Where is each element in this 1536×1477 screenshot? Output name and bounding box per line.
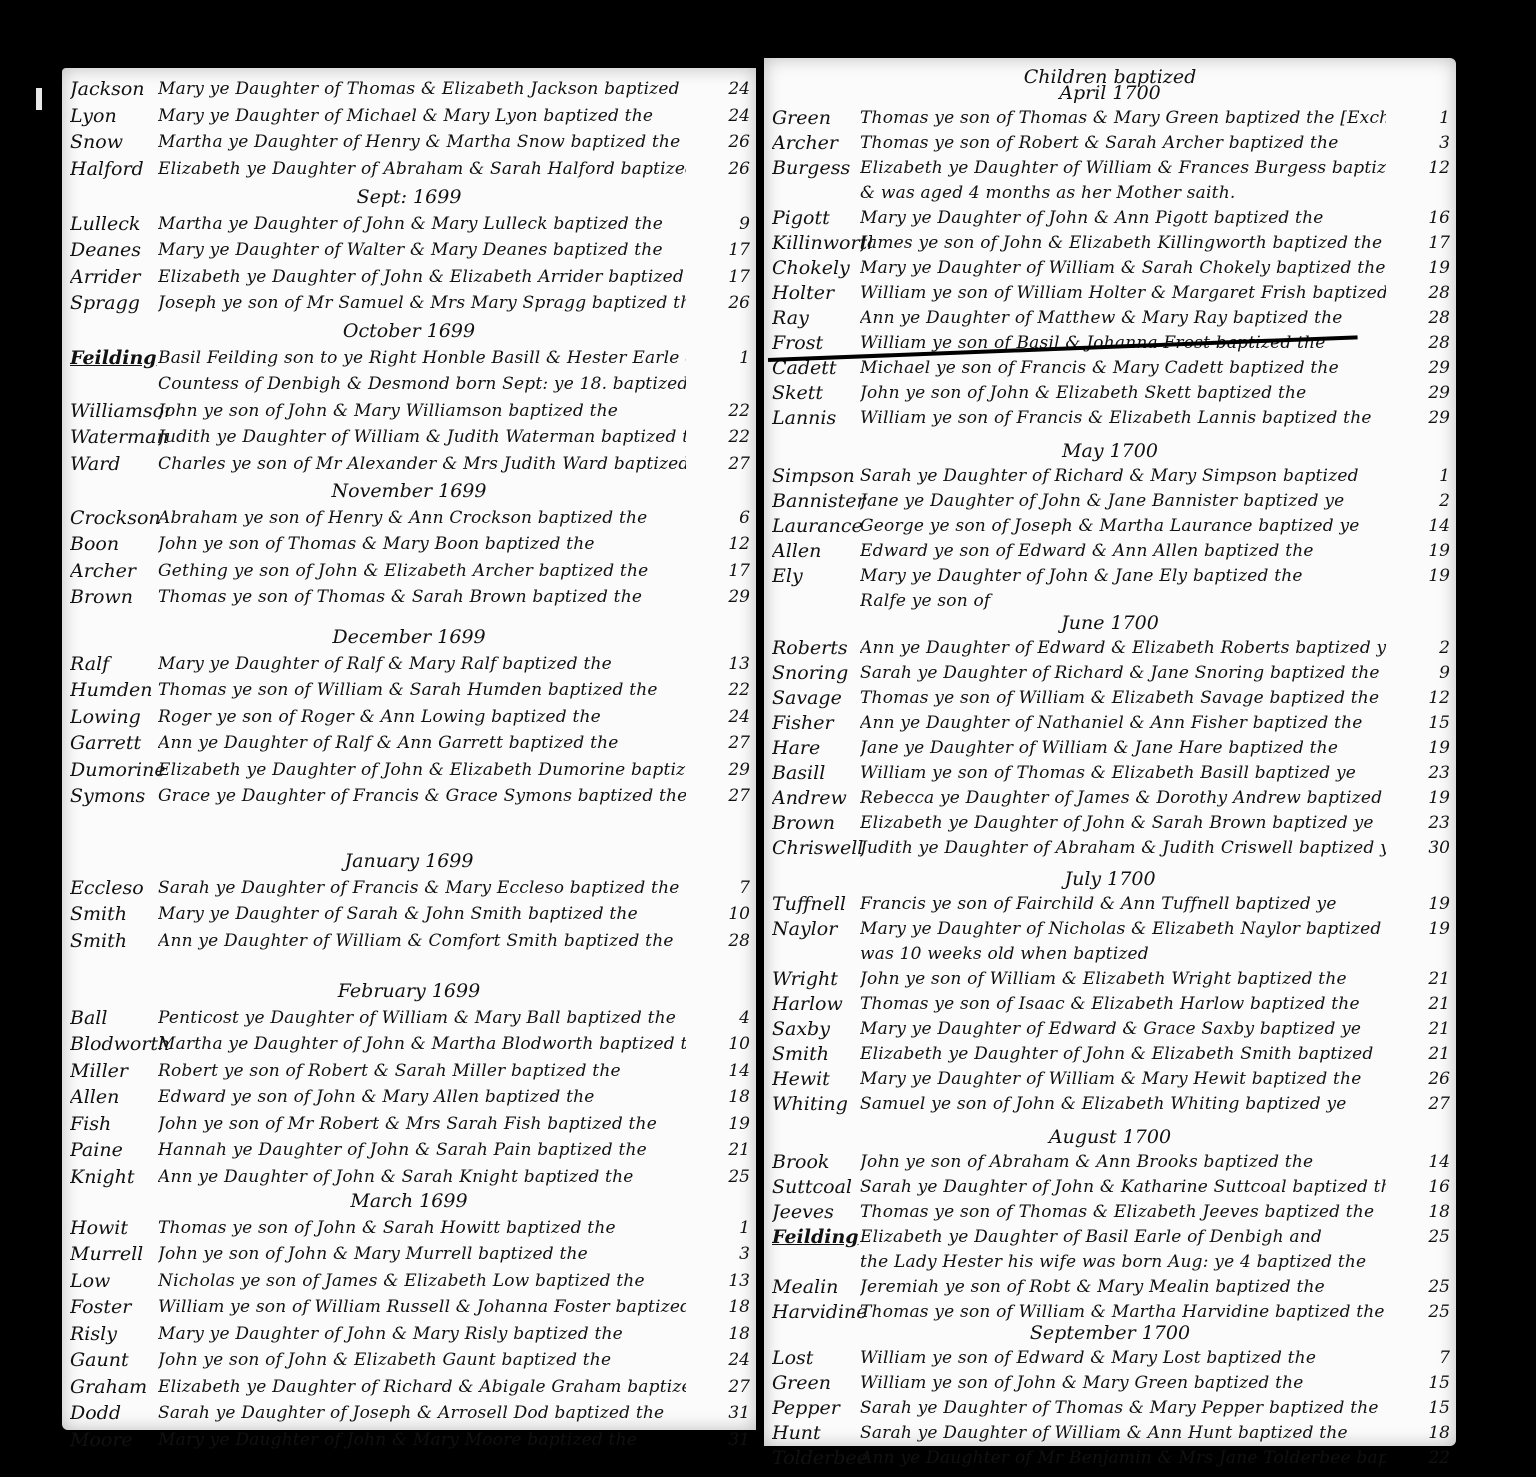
entry-text: Mary ye Daughter of William & Sarah Chok… — [860, 255, 1386, 281]
register-entry: KillinworthJames ye son of John & Elizab… — [764, 230, 1456, 256]
month-heading: August 1700 — [764, 1124, 1456, 1150]
entry-day: 10 — [710, 1031, 750, 1057]
entry-text: Edward ye son of John & Mary Allen bapti… — [158, 1084, 686, 1110]
register-entry: LowNicholas ye son of James & Elizabeth … — [62, 1268, 756, 1294]
entry-day: 29 — [1410, 380, 1450, 406]
register-entry: BallPenticost ye Daughter of William & M… — [62, 1005, 756, 1031]
entry-day: 29 — [710, 584, 750, 610]
entry-day: 7 — [1410, 1345, 1450, 1371]
month-heading: November 1699 — [62, 478, 756, 504]
entry-day: 28 — [1410, 305, 1450, 331]
entry-day: 18 — [1410, 1420, 1450, 1446]
entry-surname: Hewit — [772, 1066, 872, 1092]
entry-day: 3 — [1410, 130, 1450, 156]
entry-surname: Ralf — [70, 651, 170, 677]
entry-surname: Ely — [772, 563, 872, 589]
entry-surname: Moore — [70, 1427, 170, 1453]
entry-day: 19 — [710, 1111, 750, 1137]
entry-surname: Halford — [70, 156, 170, 182]
entry-surname: Basill — [772, 760, 872, 786]
entry-surname: Foster — [70, 1294, 170, 1320]
register-entry: SmithElizabeth ye Daughter of John & Eli… — [764, 1041, 1456, 1067]
entry-text: John ye son of Thomas & Mary Boon baptiz… — [158, 531, 686, 557]
register-entry: RobertsAnn ye Daughter of Edward & Eliza… — [764, 635, 1456, 661]
entry-surname: Deanes — [70, 237, 170, 263]
entry-day: 27 — [710, 783, 750, 809]
entry-text: Mary ye Daughter of William & Mary Hewit… — [860, 1066, 1386, 1092]
entry-surname: Ball — [70, 1005, 170, 1031]
entry-text: & was aged 4 months as her Mother saith. — [860, 180, 1386, 206]
entry-surname: Andrew — [772, 785, 872, 811]
entry-surname: Archer — [772, 130, 872, 156]
entry-surname: Wright — [772, 966, 872, 992]
entry-surname: Spragg — [70, 290, 170, 316]
entry-text: Elizabeth ye Daughter of Richard & Abiga… — [158, 1374, 686, 1400]
register-entry: SimpsonSarah ye Daughter of Richard & Ma… — [764, 463, 1456, 489]
entry-text: Elizabeth ye Daughter of John & Elizabet… — [860, 1041, 1386, 1067]
entry-surname: Brown — [70, 584, 170, 610]
register-entry: AndrewRebecca ye Daughter of James & Dor… — [764, 785, 1456, 811]
register-entry: FishJohn ye son of Mr Robert & Mrs Sarah… — [62, 1111, 756, 1137]
entry-text: Elizabeth ye Daughter of Abraham & Sarah… — [158, 156, 686, 182]
entry-text: William ye son of Edward & Mary Lost bap… — [860, 1345, 1386, 1371]
entry-surname: Holter — [772, 280, 872, 306]
entry-surname: Tolderbee — [772, 1445, 872, 1471]
entry-text: John ye son of William & Elizabeth Wrigh… — [860, 966, 1386, 992]
entry-surname: Savage — [772, 685, 872, 711]
entry-day: 28 — [1410, 330, 1450, 356]
entry-day: 18 — [710, 1294, 750, 1320]
entry-text: Edward ye son of Edward & Ann Allen bapt… — [860, 538, 1386, 564]
entry-text: Thomas ye son of Thomas & Sarah Brown ba… — [158, 584, 686, 610]
entry-text: Ann ye Daughter of Edward & Elizabeth Ro… — [860, 635, 1386, 661]
entry-surname: Garrett — [70, 730, 170, 756]
entry-day: 14 — [1410, 513, 1450, 539]
entry-text: Thomas ye son of Isaac & Elizabeth Harlo… — [860, 991, 1386, 1017]
entry-text: Jane ye Daughter of William & Jane Hare … — [860, 735, 1386, 761]
entry-surname: Arrider — [70, 264, 170, 290]
entry-day: 26 — [710, 129, 750, 155]
register-entry: JacksonMary ye Daughter of Thomas & Eliz… — [62, 76, 756, 102]
entry-surname: Snow — [70, 129, 170, 155]
entry-surname: Gaunt — [70, 1347, 170, 1373]
register-entry: GrahamElizabeth ye Daughter of Richard &… — [62, 1374, 756, 1400]
entry-day: 22 — [710, 424, 750, 450]
entry-text: Elizabeth ye Daughter of John & Sarah Br… — [860, 810, 1386, 836]
entry-text: Elizabeth ye Daughter of John & Elizabet… — [158, 757, 686, 783]
entry-text: Mary ye Daughter of Ralf & Mary Ralf bap… — [158, 651, 686, 677]
entry-day: 3 — [710, 1241, 750, 1267]
entry-surname: Pigott — [772, 205, 872, 231]
entry-day: 12 — [710, 531, 750, 557]
entry-day: 13 — [710, 1268, 750, 1294]
entry-text: Gething ye son of John & Elizabeth Arche… — [158, 558, 686, 584]
entry-surname: Eccleso — [70, 875, 170, 901]
register-entry: SavageThomas ye son of William & Elizabe… — [764, 685, 1456, 711]
register-entry: TuffnellFrancis ye son of Fairchild & An… — [764, 891, 1456, 917]
entry-text: Countess of Denbigh & Desmond born Sept:… — [158, 371, 686, 397]
entry-day: 16 — [1410, 205, 1450, 231]
register-entry: WilliamsonJohn ye son of John & Mary Wil… — [62, 398, 756, 424]
entry-text: Roger ye son of Roger & Ann Lowing bapti… — [158, 704, 686, 730]
left-register-page: JacksonMary ye Daughter of Thomas & Eliz… — [62, 68, 756, 1430]
entry-text: John ye son of John & Elizabeth Gaunt ba… — [158, 1347, 686, 1373]
entry-day: 22 — [1410, 1445, 1450, 1471]
entry-day: 25 — [1410, 1224, 1450, 1250]
entry-surname: Blodworth — [70, 1031, 170, 1057]
entry-surname: Hunt — [772, 1420, 872, 1446]
entry-text: Judith ye Daughter of Abraham & Judith C… — [860, 835, 1386, 861]
register-entry: ArcherThomas ye son of Robert & Sarah Ar… — [764, 130, 1456, 156]
register-entry: ArcherGething ye son of John & Elizabeth… — [62, 558, 756, 584]
entry-text: the Lady Hester his wife was born Aug: y… — [860, 1249, 1386, 1275]
entry-text: Samuel ye son of John & Elizabeth Whitin… — [860, 1091, 1386, 1117]
entry-text: Martha ye Daughter of John & Mary Lullec… — [158, 211, 686, 237]
register-entry: MurrellJohn ye son of John & Mary Murrel… — [62, 1241, 756, 1267]
entry-day: 25 — [710, 1164, 750, 1190]
entry-surname: Risly — [70, 1321, 170, 1347]
entry-text: Robert ye son of Robert & Sarah Miller b… — [158, 1058, 686, 1084]
entry-surname: Lulleck — [70, 211, 170, 237]
entry-text: Mary ye Daughter of Michael & Mary Lyon … — [158, 103, 686, 129]
entry-surname: Green — [772, 1370, 872, 1396]
register-entry: ChriswellJudith ye Daughter of Abraham &… — [764, 835, 1456, 861]
entry-surname: Green — [772, 105, 872, 131]
entry-text: Mary ye Daughter of Edward & Grace Saxby… — [860, 1016, 1386, 1042]
entry-day: 14 — [710, 1058, 750, 1084]
entry-day: 21 — [1410, 1016, 1450, 1042]
register-entry: PigottMary ye Daughter of John & Ann Pig… — [764, 205, 1456, 231]
entry-surname: Fisher — [772, 710, 872, 736]
entry-day: 23 — [1410, 810, 1450, 836]
entry-surname: Saxby — [772, 1016, 872, 1042]
register-entry: SymonsGrace ye Daughter of Francis & Gra… — [62, 783, 756, 809]
entry-day: 15 — [1410, 1395, 1450, 1421]
register-entry: HalfordElizabeth ye Daughter of Abraham … — [62, 156, 756, 182]
register-entry: WhitingSamuel ye son of John & Elizabeth… — [764, 1091, 1456, 1117]
entry-day: 27 — [710, 1374, 750, 1400]
month-heading: January 1699 — [62, 848, 756, 874]
entry-day: 17 — [1410, 230, 1450, 256]
entry-surname: Jeeves — [772, 1199, 872, 1225]
entry-day: 24 — [710, 1347, 750, 1373]
entry-day: 27 — [1410, 1091, 1450, 1117]
entry-text: Thomas ye son of William & Sarah Humden … — [158, 677, 686, 703]
entry-text: John ye son of John & Elizabeth Skett ba… — [860, 380, 1386, 406]
entry-text: Judith ye Daughter of William & Judith W… — [158, 424, 686, 450]
register-entry: SpraggJoseph ye son of Mr Samuel & Mrs M… — [62, 290, 756, 316]
register-entry: SnoringSarah ye Daughter of Richard & Ja… — [764, 660, 1456, 686]
entry-text: Michael ye son of Francis & Mary Cadett … — [860, 355, 1386, 381]
entry-day: 12 — [1410, 685, 1450, 711]
entry-text: Thomas ye son of Thomas & Elizabeth Jeev… — [860, 1199, 1386, 1225]
entry-day: 28 — [710, 928, 750, 954]
register-entry: LannisWilliam ye son of Francis & Elizab… — [764, 405, 1456, 431]
entry-surname: Fish — [70, 1111, 170, 1137]
register-entry: ArriderElizabeth ye Daughter of John & E… — [62, 264, 756, 290]
entry-day: 29 — [1410, 355, 1450, 381]
register-entry: LostWilliam ye son of Edward & Mary Lost… — [764, 1345, 1456, 1371]
entry-day: 1 — [710, 345, 750, 371]
entry-surname: Smith — [772, 1041, 872, 1067]
register-entry: DumorineElizabeth ye Daughter of John & … — [62, 757, 756, 783]
entry-day: 27 — [710, 730, 750, 756]
register-entry: RalfMary ye Daughter of Ralf & Mary Ralf… — [62, 651, 756, 677]
register-entry: ChokelyMary ye Daughter of William & Sar… — [764, 255, 1456, 281]
entry-day: 18 — [710, 1084, 750, 1110]
entry-day: 4 — [710, 1005, 750, 1031]
entry-text: Basil Feilding son to ye Right Honble Ba… — [158, 345, 686, 371]
entry-day: 13 — [710, 651, 750, 677]
entry-text: Ann ye Daughter of Ralf & Ann Garrett ba… — [158, 730, 686, 756]
entry-day: 30 — [1410, 835, 1450, 861]
register-entry: FrostWilliam ye son of Basil & Johanna F… — [764, 330, 1456, 356]
entry-surname: Low — [70, 1268, 170, 1294]
entry-day: 18 — [1410, 1199, 1450, 1225]
entry-surname: Feilding — [70, 345, 170, 371]
register-entry: HarlowThomas ye son of Isaac & Elizabeth… — [764, 991, 1456, 1017]
entry-surname: Snoring — [772, 660, 872, 686]
register-entry: SmithMary ye Daughter of Sarah & John Sm… — [62, 901, 756, 927]
month-heading: June 1700 — [764, 610, 1456, 636]
entry-day: 9 — [1410, 660, 1450, 686]
register-entry: WrightJohn ye son of William & Elizabeth… — [764, 966, 1456, 992]
entry-surname: Murrell — [70, 1241, 170, 1267]
month-heading: October 1699 — [62, 318, 756, 344]
register-entry: BannisterJane ye Daughter of John & Jane… — [764, 488, 1456, 514]
entry-day: 2 — [1410, 635, 1450, 661]
entry-surname: Suttcoal — [772, 1174, 872, 1200]
register-entry: MooreMary ye Daughter of John & Mary Moo… — [62, 1427, 756, 1453]
register-entry: NaylorMary ye Daughter of Nicholas & Eli… — [764, 916, 1456, 942]
entry-day: 18 — [710, 1321, 750, 1347]
entry-surname: Smith — [70, 901, 170, 927]
register-entry: SkettJohn ye son of John & Elizabeth Ske… — [764, 380, 1456, 406]
entry-surname: Dumorine — [70, 757, 170, 783]
entry-day: 26 — [710, 156, 750, 182]
entry-surname: Graham — [70, 1374, 170, 1400]
entry-text: Mary ye Daughter of John & Jane Ely bapt… — [860, 563, 1386, 589]
register-entry: LulleckMartha ye Daughter of John & Mary… — [62, 211, 756, 237]
register-entry: FeildingBasil Feilding son to ye Right H… — [62, 345, 756, 371]
entry-day: 19 — [1410, 255, 1450, 281]
register-entry: BasillWilliam ye son of Thomas & Elizabe… — [764, 760, 1456, 786]
entry-day: 12 — [1410, 155, 1450, 181]
entry-text: Martha ye Daughter of Henry & Martha Sno… — [158, 129, 686, 155]
register-entry: ElyMary ye Daughter of John & Jane Ely b… — [764, 563, 1456, 589]
register-entry: GarrettAnn ye Daughter of Ralf & Ann Gar… — [62, 730, 756, 756]
book-spine — [756, 60, 764, 1445]
entry-surname: Lowing — [70, 704, 170, 730]
entry-surname: Harlow — [772, 991, 872, 1017]
entry-surname: Lannis — [772, 405, 872, 431]
register-entry: SmithAnn ye Daughter of William & Comfor… — [62, 928, 756, 954]
entry-text: Mary ye Daughter of John & Mary Moore ba… — [158, 1427, 686, 1453]
entry-text: John ye son of Mr Robert & Mrs Sarah Fis… — [158, 1111, 686, 1137]
entry-text: Elizabeth ye Daughter of William & Franc… — [860, 155, 1386, 181]
entry-day: 7 — [710, 875, 750, 901]
entry-surname: Crockson — [70, 505, 170, 531]
entry-surname: Whiting — [772, 1091, 872, 1117]
register-entry: LowingRoger ye son of Roger & Ann Lowing… — [62, 704, 756, 730]
entry-text: John ye son of Abraham & Ann Brooks bapt… — [860, 1149, 1386, 1175]
entry-day: 10 — [710, 901, 750, 927]
entry-text: Elizabeth ye Daughter of Basil Earle of … — [860, 1224, 1386, 1250]
entry-text: Grace ye Daughter of Francis & Grace Sym… — [158, 783, 686, 809]
register-entry: Countess of Denbigh & Desmond born Sept:… — [62, 371, 756, 397]
entry-surname: Jackson — [70, 76, 170, 102]
register-entry: GauntJohn ye son of John & Elizabeth Gau… — [62, 1347, 756, 1373]
entry-text: Elizabeth ye Daughter of John & Elizabet… — [158, 264, 686, 290]
entry-surname: Waterman — [70, 424, 170, 450]
entry-surname: Ray — [772, 305, 872, 331]
register-entry: EcclesoSarah ye Daughter of Francis & Ma… — [62, 875, 756, 901]
entry-day: 1 — [1410, 463, 1450, 489]
register-entry: AllenEdward ye son of John & Mary Allen … — [62, 1084, 756, 1110]
entry-day: 27 — [710, 451, 750, 477]
register-entry: FosterWilliam ye son of William Russell … — [62, 1294, 756, 1320]
entry-text: Mary ye Daughter of Thomas & Elizabeth J… — [158, 76, 686, 102]
entry-text: Ann ye Daughter of John & Sarah Knight b… — [158, 1164, 686, 1190]
entry-text: was 10 weeks old when baptized — [860, 941, 1386, 967]
register-entry: DeanesMary ye Daughter of Walter & Mary … — [62, 237, 756, 263]
register-entry: CadettMichael ye son of Francis & Mary C… — [764, 355, 1456, 381]
entry-surname: Allen — [772, 538, 872, 564]
register-entry: HowitThomas ye son of John & Sarah Howit… — [62, 1215, 756, 1241]
entry-text: George ye son of Joseph & Martha Lauranc… — [860, 513, 1386, 539]
entry-surname: Killinworth — [772, 230, 872, 256]
entry-surname: Tuffnell — [772, 891, 872, 917]
entry-day: 17 — [710, 237, 750, 263]
entry-surname: Skett — [772, 380, 872, 406]
register-entry: HolterWilliam ye son of William Holter &… — [764, 280, 1456, 306]
entry-text: John ye son of John & Mary Williamson ba… — [158, 398, 686, 424]
entry-day: 22 — [710, 398, 750, 424]
entry-day: 25 — [1410, 1274, 1450, 1300]
entry-text: Sarah ye Daughter of Joseph & Arrosell D… — [158, 1400, 686, 1426]
entry-day: 17 — [710, 558, 750, 584]
entry-surname: Dodd — [70, 1400, 170, 1426]
entry-text: Thomas ye son of Robert & Sarah Archer b… — [860, 130, 1386, 156]
entry-text: Sarah ye Daughter of William & Ann Hunt … — [860, 1420, 1386, 1446]
entry-surname: Hare — [772, 735, 872, 761]
month-heading: February 1699 — [62, 978, 756, 1004]
entry-text: Ann ye Daughter of Matthew & Mary Ray ba… — [860, 305, 1386, 331]
entry-day: 15 — [1410, 710, 1450, 736]
entry-surname: Howit — [70, 1215, 170, 1241]
entry-day: 1 — [710, 1215, 750, 1241]
entry-day: 21 — [1410, 966, 1450, 992]
register-entry: GreenWilliam ye son of John & Mary Green… — [764, 1370, 1456, 1396]
month-heading: May 1700 — [764, 438, 1456, 464]
entry-day: 26 — [1410, 1066, 1450, 1092]
entry-day: 17 — [710, 264, 750, 290]
register-entry: TolderbeeAnn ye Daughter of Mr Benjamin … — [764, 1445, 1456, 1471]
entry-text: William ye son of John & Mary Green bapt… — [860, 1370, 1386, 1396]
entry-day: 24 — [710, 76, 750, 102]
entry-surname: Roberts — [772, 635, 872, 661]
month-heading: March 1699 — [62, 1188, 756, 1214]
month-heading: December 1699 — [62, 624, 756, 650]
entry-day: 22 — [710, 677, 750, 703]
register-entry: BrownElizabeth ye Daughter of John & Sar… — [764, 810, 1456, 836]
entry-surname: Allen — [70, 1084, 170, 1110]
month-heading: Sept: 1699 — [62, 184, 756, 210]
entry-day: 2 — [1410, 488, 1450, 514]
entry-text: Sarah ye Daughter of Francis & Mary Eccl… — [158, 875, 686, 901]
entry-text: Sarah ye Daughter of John & Katharine Su… — [860, 1174, 1386, 1200]
register-entry: MillerRobert ye son of Robert & Sarah Mi… — [62, 1058, 756, 1084]
register-entry: HareJane ye Daughter of William & Jane H… — [764, 735, 1456, 761]
month-heading: September 1700 — [764, 1320, 1456, 1346]
register-entry: & was aged 4 months as her Mother saith. — [764, 180, 1456, 206]
entry-surname: Simpson — [772, 463, 872, 489]
month-heading: April 1700 — [764, 80, 1456, 106]
entry-surname: Smith — [70, 928, 170, 954]
register-entry: BrookJohn ye son of Abraham & Ann Brooks… — [764, 1149, 1456, 1175]
register-entry: HewitMary ye Daughter of William & Mary … — [764, 1066, 1456, 1092]
entry-text: Jeremiah ye son of Robt & Mary Mealin ba… — [860, 1274, 1386, 1300]
month-heading: July 1700 — [764, 866, 1456, 892]
entry-text: William ye son of Thomas & Elizabeth Bas… — [860, 760, 1386, 786]
entry-day: 19 — [1410, 891, 1450, 917]
register-entry: HumdenThomas ye son of William & Sarah H… — [62, 677, 756, 703]
register-entry: WardCharles ye son of Mr Alexander & Mrs… — [62, 451, 756, 477]
entry-surname: Frost — [772, 330, 872, 356]
entry-text: Ann ye Daughter of Nathaniel & Ann Fishe… — [860, 710, 1386, 736]
entry-text: Sarah ye Daughter of Richard & Mary Simp… — [860, 463, 1386, 489]
entry-surname: Brown — [772, 810, 872, 836]
entry-text: William ye son of William Russell & Joha… — [158, 1294, 686, 1320]
entry-day: 19 — [1410, 538, 1450, 564]
register-entry: LyonMary ye Daughter of Michael & Mary L… — [62, 103, 756, 129]
entry-text: Mary ye Daughter of Nicholas & Elizabeth… — [860, 916, 1386, 942]
register-entry: CrocksonAbraham ye son of Henry & Ann Cr… — [62, 505, 756, 531]
register-entry: BoonJohn ye son of Thomas & Mary Boon ba… — [62, 531, 756, 557]
entry-surname: Humden — [70, 677, 170, 703]
entry-day: 16 — [1410, 1174, 1450, 1200]
entry-day: 19 — [1410, 735, 1450, 761]
register-entry: PepperSarah ye Daughter of Thomas & Mary… — [764, 1395, 1456, 1421]
register-entry: LauranceGeorge ye son of Joseph & Martha… — [764, 513, 1456, 539]
register-entry: FisherAnn ye Daughter of Nathaniel & Ann… — [764, 710, 1456, 736]
entry-surname: Boon — [70, 531, 170, 557]
entry-surname: Pepper — [772, 1395, 872, 1421]
register-entry: was 10 weeks old when baptized — [764, 941, 1456, 967]
entry-day: 21 — [1410, 1041, 1450, 1067]
register-entry: DoddSarah ye Daughter of Joseph & Arrose… — [62, 1400, 756, 1426]
entry-day: 28 — [1410, 280, 1450, 306]
register-entry: BurgessElizabeth ye Daughter of William … — [764, 155, 1456, 181]
register-entry: FeildingElizabeth ye Daughter of Basil E… — [764, 1224, 1456, 1250]
entry-day: 23 — [1410, 760, 1450, 786]
entry-surname: Chriswell — [772, 835, 872, 861]
register-entry: SuttcoalSarah ye Daughter of John & Kath… — [764, 1174, 1456, 1200]
entry-surname: Knight — [70, 1164, 170, 1190]
entry-surname: Brook — [772, 1149, 872, 1175]
entry-day: 24 — [710, 103, 750, 129]
entry-text: Mary ye Daughter of John & Ann Pigott ba… — [860, 205, 1386, 231]
entry-text: Mary ye Daughter of Walter & Mary Deanes… — [158, 237, 686, 263]
entry-surname: Williamson — [70, 398, 170, 424]
register-entry: RayAnn ye Daughter of Matthew & Mary Ray… — [764, 305, 1456, 331]
entry-text: Martha ye Daughter of John & Martha Blod… — [158, 1031, 686, 1057]
entry-surname: Feilding — [772, 1224, 872, 1250]
entry-day: 29 — [1410, 405, 1450, 431]
register-entry: GreenThomas ye son of Thomas & Mary Gree… — [764, 105, 1456, 131]
entry-text: Charles ye son of Mr Alexander & Mrs Jud… — [158, 451, 686, 477]
entry-text: Ann ye Daughter of Mr Benjamin & Mrs Jan… — [860, 1445, 1386, 1471]
